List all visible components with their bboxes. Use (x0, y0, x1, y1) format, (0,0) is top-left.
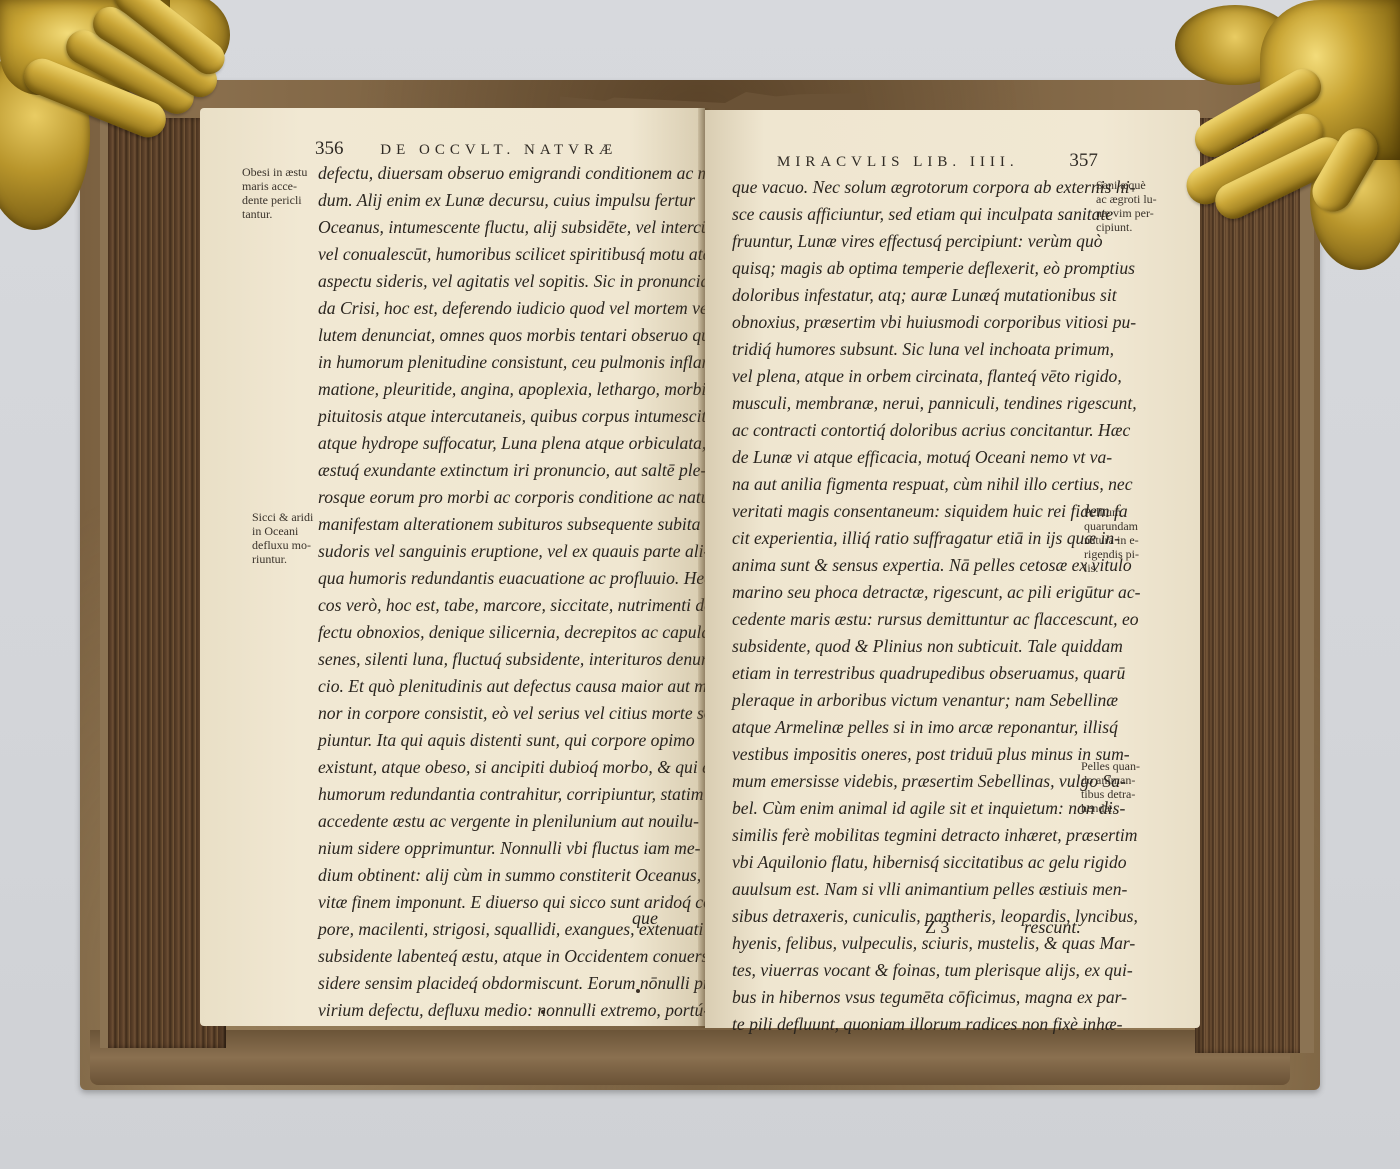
marginal-line: dente pericli (242, 193, 307, 207)
text-line: cedente maris æstu: rursus demittuntur a… (732, 606, 1078, 633)
text-line: cos verò, hoc est, tabe, marcore, siccit… (318, 592, 664, 619)
text-line: marino seu phoca detractæ, rigescunt, ac… (732, 579, 1078, 606)
paper-speck (636, 989, 640, 993)
left-running-title: DE OCCVLT. NATVRÆ (380, 142, 617, 158)
text-line: da Crisi, hoc est, deferendo iudicio quo… (318, 295, 664, 322)
text-line: de Lunæ vi atque efficacia, motuq́ Ocean… (732, 444, 1078, 471)
marginal-line: Sicci & aridi (252, 510, 313, 524)
text-line: subsidente labenteq́ æstu, atque in Occi… (318, 943, 664, 970)
text-line: bel. Cùm enim animal id agile sit et inq… (732, 795, 1078, 822)
text-line: rosque eorum pro morbi ac corporis condi… (318, 484, 664, 511)
marginal-line: maris acce- (242, 179, 307, 193)
text-line: anima sunt & sensus expertia. Nā pelles … (732, 552, 1078, 579)
text-line: qua humoris redundantis euacuatione ac p… (318, 565, 664, 592)
right-signature-mark: Z 3 (925, 917, 950, 938)
text-line: mum emersisse videbis, præsertim Sebelli… (732, 768, 1078, 795)
text-line: atque hydrope suffocatur, Luna plena atq… (318, 430, 664, 457)
text-line: similis ferè mobilitas tegmini detracto … (732, 822, 1078, 849)
text-line: aspectu sideris, vel agitatis vel sopiti… (318, 268, 664, 295)
paper-speck (541, 1010, 545, 1014)
text-line: quisq; magis ab optima temperie deflexer… (732, 255, 1078, 282)
marginal-line: in Oceani (252, 524, 313, 538)
photo-scene: 356 DE OCCVLT. NATVRÆ Obesi in æstu mari… (0, 0, 1400, 1169)
text-line: vel plena, atque in orbem circinata, fla… (732, 363, 1078, 390)
right-catchword: rescunt. (1024, 917, 1081, 938)
text-line: cit experientia, illiq́ ratio suffragatu… (732, 525, 1078, 552)
text-line: tridiq́ humores subsunt. Sic luna vel in… (732, 336, 1078, 363)
text-line: que vacuo. Nec solum ægrotorum corpora a… (732, 174, 1078, 201)
marginal-line: Obesi in æstu (242, 165, 307, 179)
text-line: na aut anilia figmenta respuat, cùm nihi… (732, 471, 1078, 498)
left-marginalia-1: Obesi in æstu maris acce- dente pericli … (242, 165, 307, 221)
right-running-head: MIRACVLIS LIB. IIII. 357 (777, 150, 1098, 172)
text-line: doloribus infestatur, atq; auræ Lunæq́ m… (732, 282, 1078, 309)
left-marginalia-2: Sicci & aridi in Oceani defluxu mo- riun… (252, 510, 313, 566)
text-line: senes, silenti luna, fluctuq́ subsidente… (318, 646, 664, 673)
text-line: etiam in terrestribus quadrupedibus obse… (732, 660, 1078, 687)
text-line: pore, macilenti, strigosi, squallidi, ex… (318, 916, 664, 943)
text-line: veritati magis consentaneum: siquidem hu… (732, 498, 1078, 525)
text-line: pituitosis atque intercutaneis, quibus c… (318, 403, 664, 430)
text-line: Oceanus, intumescente fluctu, alij subsi… (318, 214, 664, 241)
text-line: æstuq́ exundante extinctum iri pronuncio… (318, 457, 664, 484)
text-line: virium defectu, defluxu medio: nonnulli … (318, 997, 664, 1024)
text-line: dum. Alij enim ex Lunæ decursu, cuius im… (318, 187, 664, 214)
text-line: nium sidere opprimuntur. Nonnulli vbi fl… (318, 835, 664, 862)
bottom-board (90, 1030, 1290, 1085)
right-page-number: 357 (1069, 150, 1098, 171)
text-line: atque Armelinæ pelles si in imo arcæ rep… (732, 714, 1078, 741)
right-page-stack (1195, 118, 1314, 1053)
text-line: sidere sensim placideq́ obdormiscunt. Eo… (318, 970, 664, 997)
text-line: vel conualescūt, humoribus scilicet spir… (318, 241, 664, 268)
text-line: te pili defluunt, quoniam illorum radice… (732, 1011, 1078, 1038)
marginal-line: defluxu mo- (252, 538, 313, 552)
left-catchword: que (632, 908, 658, 929)
text-line: vestibus impositis oneres, post triduū p… (732, 741, 1078, 768)
text-line: cio. Et quò plenitudinis aut defectus ca… (318, 673, 664, 700)
marginal-line: tantur. (242, 207, 307, 221)
left-page-number: 356 (315, 138, 344, 159)
marginal-line: riuntur. (252, 552, 313, 566)
left-body-text: defectu, diuersam obseruo emigrandi cond… (318, 160, 664, 1024)
text-line: tes, viuerras vocant & foinas, tum pleri… (732, 957, 1078, 984)
text-line: nor in corpore consistit, eò vel serius … (318, 700, 664, 727)
text-line: bus in hibernos vsus tegumēta cōficimus,… (732, 984, 1078, 1011)
text-line: vbi Aquilonio flatu, hibernisq́ siccitat… (732, 849, 1078, 876)
text-line: vitæ finem imponunt. E diuerso qui sicco… (318, 889, 664, 916)
text-line: ac contracti contortiq́ doloribus acrius… (732, 417, 1078, 444)
text-line: fectu obnoxios, denique silicernia, decr… (318, 619, 664, 646)
text-line: sce causis afficiuntur, sed etiam qui in… (732, 201, 1078, 228)
text-line: auulsum est. Nam si vlli animantium pell… (732, 876, 1078, 903)
text-line: defectu, diuersam obseruo emigrandi cond… (318, 160, 664, 187)
text-line: accedente æstu ac vergente in pleniluniu… (318, 808, 664, 835)
text-line: subsidente, quod & Plinius non subticuit… (732, 633, 1078, 660)
text-line: existunt, atque obeso, si ancipiti dubio… (318, 754, 664, 781)
left-running-head: 356 DE OCCVLT. NATVRÆ (315, 138, 617, 160)
text-line: dium obtinent: alij cùm in summo constit… (318, 862, 664, 889)
text-line: sudoris vel sanguinis eruptione, vel ex … (318, 538, 664, 565)
text-line: humorum redundantia contrahitur, corripi… (318, 781, 664, 808)
text-line: lutem denunciat, omnes quos morbis tenta… (318, 322, 664, 349)
text-line: musculi, membranæ, nerui, panniculi, ten… (732, 390, 1078, 417)
text-line: in humorum plenitudine consistunt, ceu p… (318, 349, 664, 376)
right-body-text: que vacuo. Nec solum ægrotorum corpora a… (732, 174, 1078, 1038)
text-line: manifestam alterationem subituros subseq… (318, 511, 664, 538)
text-line: obnoxius, præsertim vbi huiusmodi corpor… (732, 309, 1078, 336)
text-line: pleraque in arboribus victum venantur; n… (732, 687, 1078, 714)
text-line: matione, pleuritide, angina, apoplexia, … (318, 376, 664, 403)
right-running-title: MIRACVLIS LIB. IIII. (777, 154, 1019, 170)
text-line: fruuntur, Lunæ vires effectusq́ percipiu… (732, 228, 1078, 255)
text-line: piuntur. Ita qui aquis distenti sunt, qu… (318, 727, 664, 754)
